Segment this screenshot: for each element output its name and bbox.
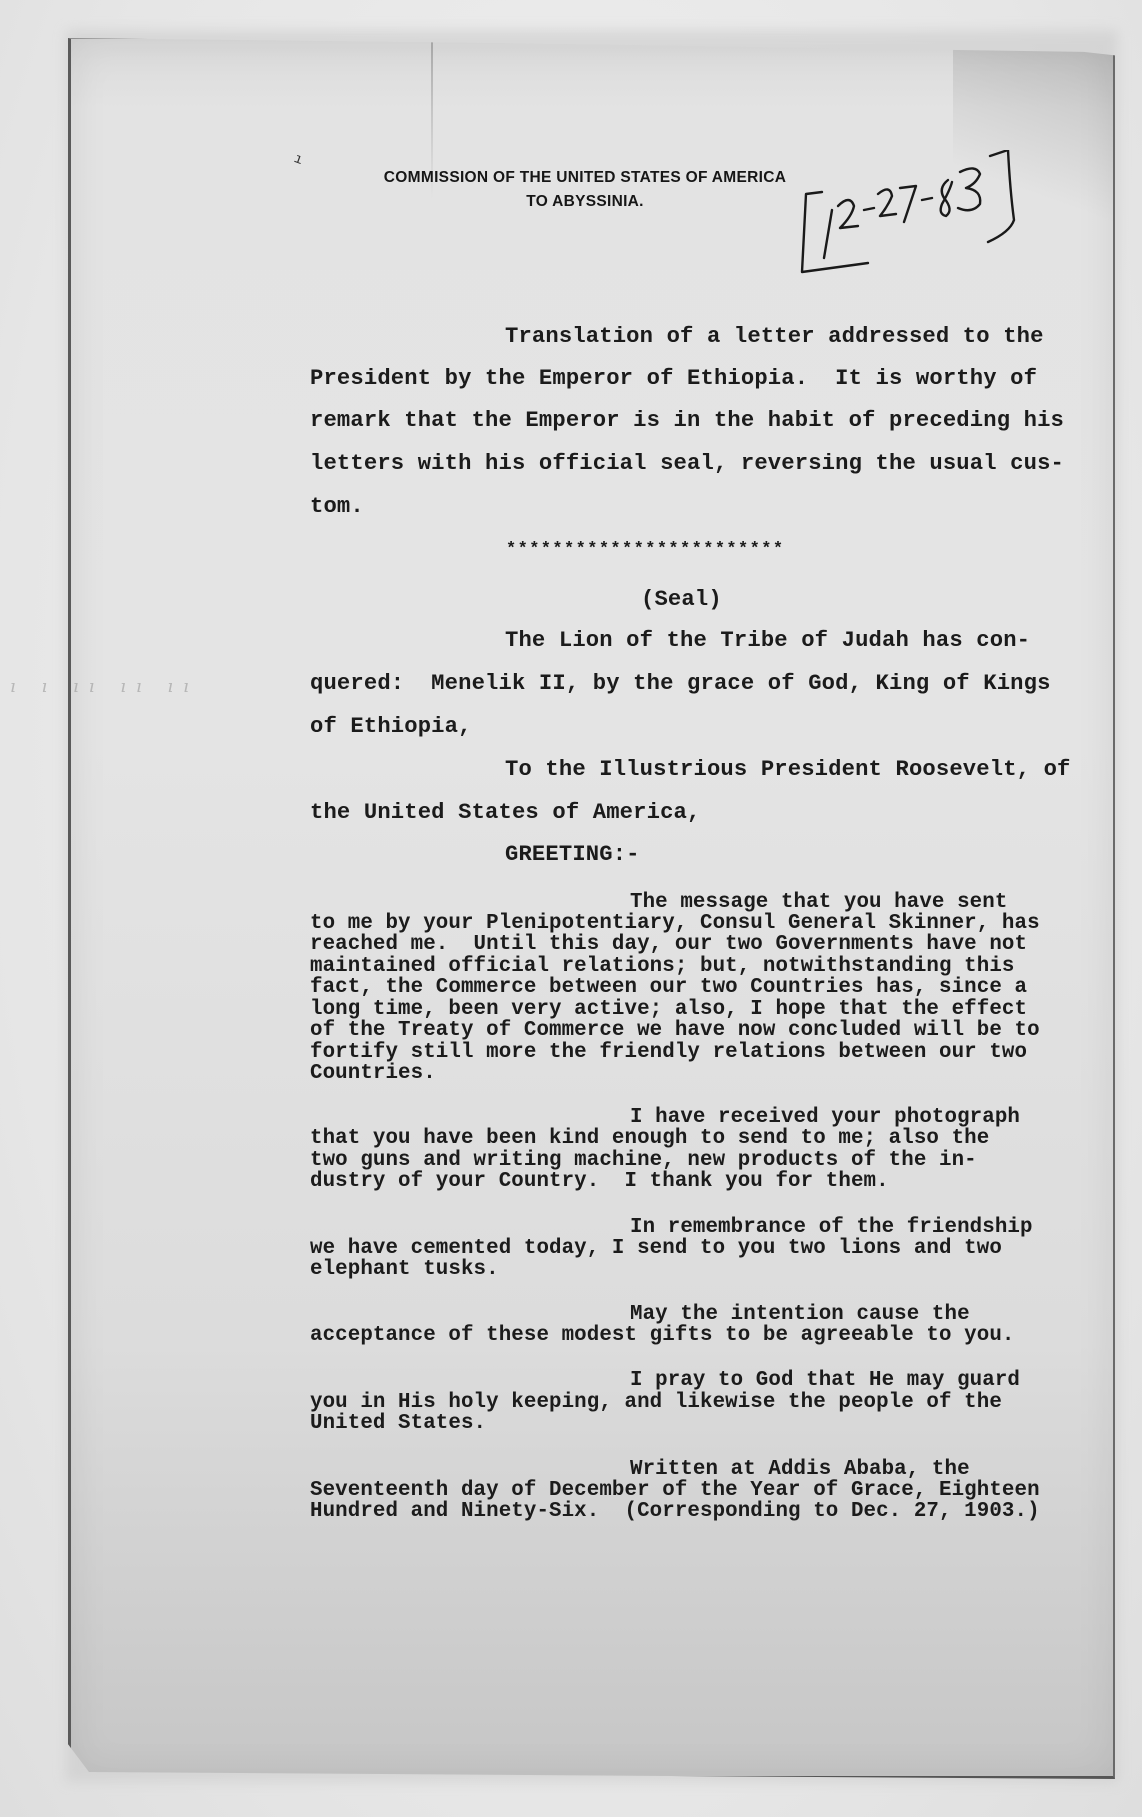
- intro-line: tom.: [310, 494, 364, 519]
- body-line: two guns and writing machine, new produc…: [310, 1149, 977, 1172]
- body-line: I have received your photograph: [630, 1106, 1020, 1129]
- intro-line: letters with his official seal, reversin…: [310, 451, 1064, 476]
- bleed-through-marks: ı ı ıı ıı ıı: [10, 676, 199, 697]
- body-line: to me by your Plenipotentiary, Consul Ge…: [310, 912, 1040, 935]
- body-line: we have cemented today, I send to you tw…: [310, 1237, 1002, 1260]
- body-line: you in His holy keeping, and likewise th…: [310, 1391, 1002, 1414]
- body-line: Hundred and Ninety-Six. (Corresponding t…: [310, 1500, 1040, 1523]
- body-line: United States.: [310, 1412, 486, 1435]
- body-line: fortify still more the friendly relation…: [310, 1041, 1027, 1064]
- salutation-line: of Ethiopia,: [310, 714, 472, 739]
- salutation-line: The Lion of the Tribe of Judah has con-: [505, 628, 1030, 653]
- body-line: of the Treaty of Commerce we have now co…: [310, 1019, 1040, 1042]
- body-line: long time, been very active; also, I hop…: [310, 998, 1027, 1021]
- body-line: Countries.: [310, 1062, 436, 1085]
- intro-line: remark that the Emperor is in the habit …: [310, 408, 1064, 433]
- salutation-line: the United States of America,: [310, 800, 700, 825]
- body-line: Written at Addis Ababa, the: [630, 1458, 970, 1481]
- intro-line: President by the Emperor of Ethiopia. It…: [310, 366, 1037, 391]
- body-line: I pray to God that He may guard: [630, 1369, 1020, 1392]
- body-line: elephant tusks.: [310, 1258, 499, 1281]
- handwritten-date-annotation: [800, 150, 1040, 280]
- body-line: dustry of your Country. I thank you for …: [310, 1170, 889, 1193]
- salutation-line: quered: Menelik II, by the grace of God,…: [310, 671, 1051, 696]
- body-line: The message that you have sent: [630, 891, 1007, 914]
- body-line: acceptance of these modest gifts to be a…: [310, 1324, 1015, 1347]
- body-line: fact, the Commerce between our two Count…: [310, 976, 1027, 999]
- body-line: reached me. Until this day, our two Gove…: [310, 933, 1027, 956]
- body-line: May the intention cause the: [630, 1303, 970, 1326]
- seal-label: (Seal): [641, 587, 722, 612]
- body-line: Seventeenth day of December of the Year …: [310, 1479, 1040, 1502]
- body-line: In remembrance of the friendship: [630, 1216, 1033, 1239]
- salutation-line: To the Illustrious President Roosevelt, …: [505, 757, 1071, 782]
- body-line: that you have been kind enough to send t…: [310, 1127, 989, 1150]
- body-line: maintained official relations; but, notw…: [310, 955, 1015, 978]
- greeting-line: GREETING:-: [505, 842, 640, 867]
- intro-line: Translation of a letter addressed to the: [505, 324, 1044, 349]
- separator-asterisks: ************************: [506, 540, 784, 559]
